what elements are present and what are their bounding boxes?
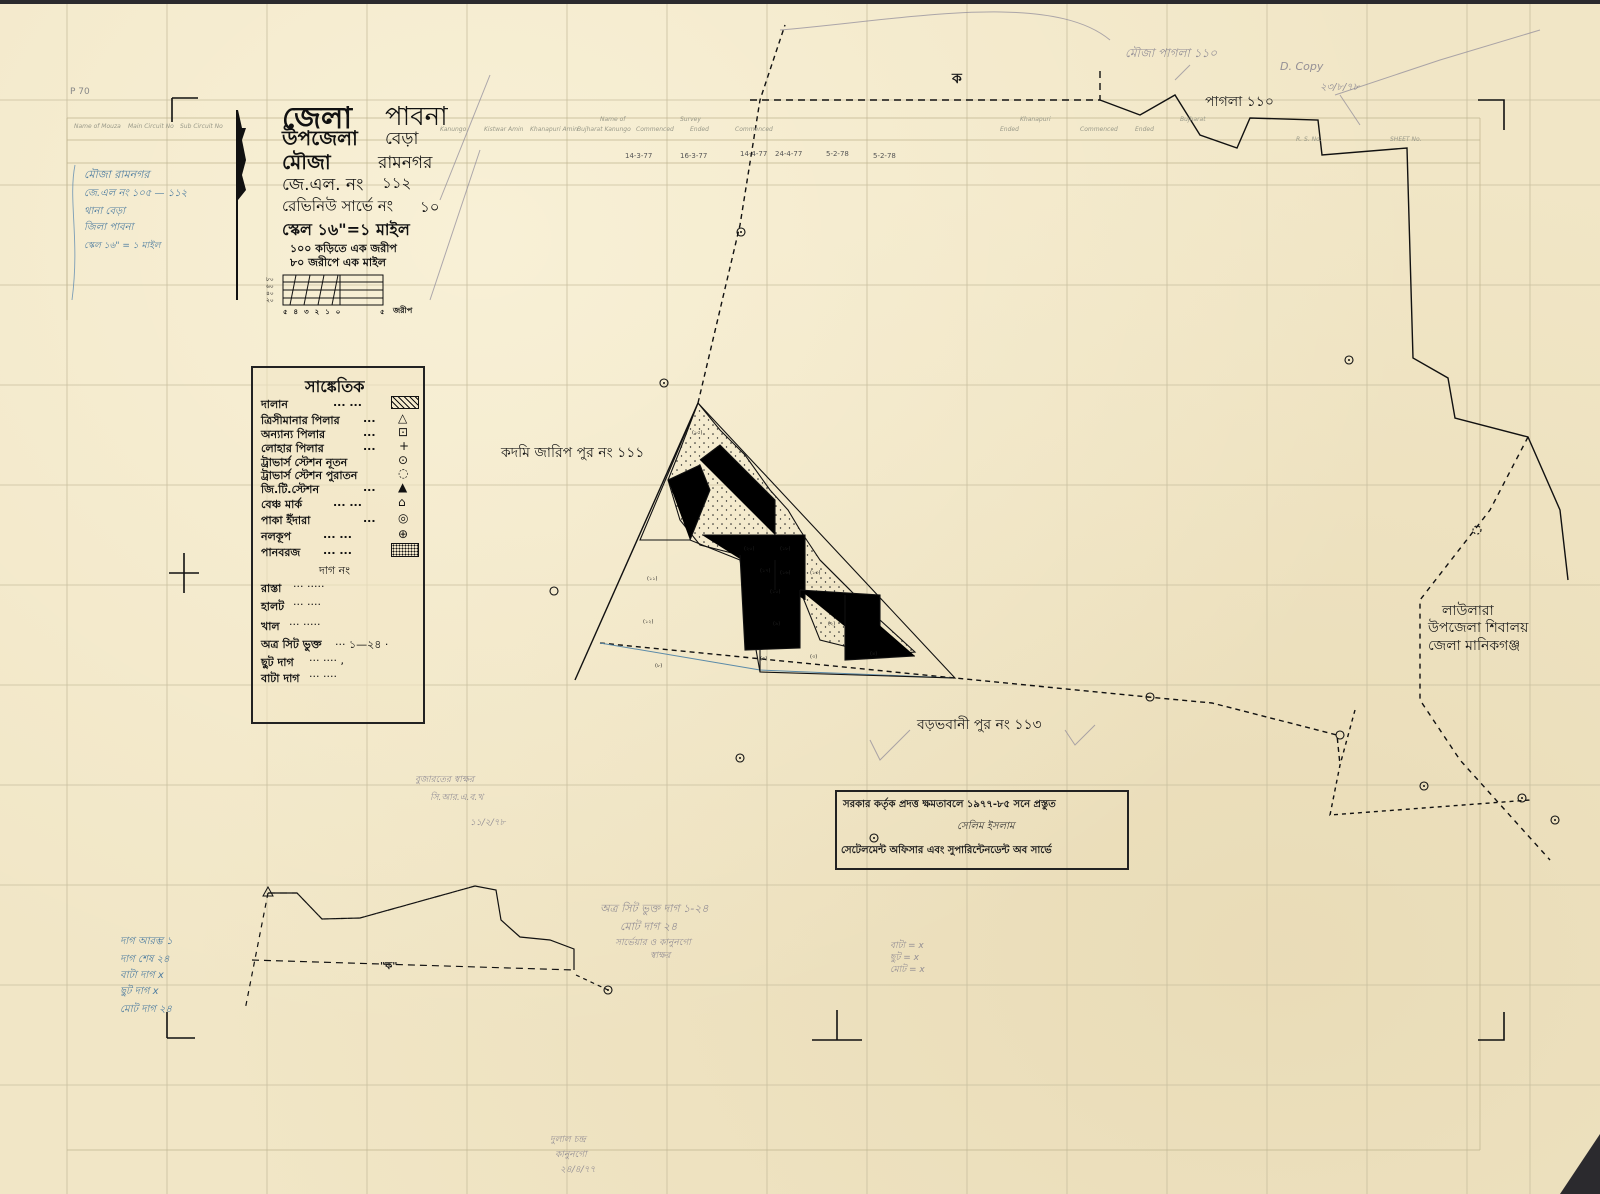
scale-y-label: ৪০ xyxy=(266,290,274,297)
svg-text:(২): (২) xyxy=(828,621,835,627)
certificate-line-1: সরকার কর্তৃক প্রদত্ত ক্ষমতাবলে ১৯৭৭-৮৫ স… xyxy=(843,800,1056,810)
neighbor-east-label-3: জেলা মানিকগঞ্জ xyxy=(1428,639,1520,653)
map-canvas: (১৫)(২০)(১৮) (১৭)(১৬)(১৩) (১০)(৯)(৫) (১১… xyxy=(0,0,1600,1194)
certificate-line-2: সেটেলমেন্ট অফিসার এবং সুপারিন্টেনডেন্ট অ… xyxy=(841,846,1052,856)
pencil-note: ১১/২/৭৮ xyxy=(470,815,505,830)
plot-item-label: রাস্তা xyxy=(261,580,281,599)
building-symbol-icon xyxy=(391,396,419,409)
legend-item-dots: ... ... xyxy=(333,396,362,409)
scale-y-label: ৮০ xyxy=(266,276,274,283)
header-group-survey: Survey xyxy=(680,116,701,123)
scale-tick: ৫ xyxy=(283,308,294,316)
svg-text:(৫): (৫) xyxy=(760,656,767,662)
scale-tick: ১ xyxy=(325,308,336,316)
map-sheet: (১৫)(২০)(১৮) (১৭)(১৬)(১৩) (১০)(৯)(৫) (১১… xyxy=(0,0,1600,1194)
traverse-station-old-icon: ◌ xyxy=(398,466,408,480)
date-bujharat-end: 5-2-78 xyxy=(873,152,896,160)
scale-tick: ৩ xyxy=(304,308,315,316)
scale-bar-unit: জরীপ xyxy=(393,305,412,318)
legend-item-label: পানবরজ xyxy=(261,544,300,563)
plot-item-dots: ··· ১—২৪ · xyxy=(335,636,388,655)
header-col-commenced-3: Commenced xyxy=(1080,126,1118,133)
legend-item-dots: ... ... xyxy=(333,496,362,509)
header-col-bujharat: Bujharat Kanungo xyxy=(577,126,631,133)
blue-note: জে.এল নং ১০৫ — ১১২ xyxy=(84,186,187,203)
pencil-note: D. Copy xyxy=(1280,60,1323,73)
gt-station-icon: ▲ xyxy=(398,480,407,494)
header-col-commenced-2: Commenced xyxy=(735,126,773,133)
svg-text:(১৬): (১৬) xyxy=(780,570,790,576)
header-group-name-of: Name of xyxy=(600,116,625,123)
scale-tick: ৪ xyxy=(294,308,305,316)
header-col-commenced-1: Commenced xyxy=(636,126,674,133)
other-pillar-icon: ⊡ xyxy=(398,425,408,439)
legend-item-dots: ... xyxy=(363,426,376,439)
plot-item-label: অত্র সিট ভুক্ত xyxy=(261,636,322,655)
header-group-bujharat: Bujharat xyxy=(1180,116,1206,123)
scale-y-label: ২০ xyxy=(266,297,274,304)
date-survey-start: 14-3-77 xyxy=(625,152,652,160)
sheet-ref: P 70 xyxy=(70,88,90,97)
blue-note: ছুট দাগ x xyxy=(120,984,159,1001)
chain-note-2: ৮০ জরীপে এক মাইল xyxy=(290,254,386,273)
plot-item-dots: ··· ····· xyxy=(289,618,320,631)
svg-text:(১৩): (১৩) xyxy=(810,570,820,576)
neighbor-south-label: বড়ভবানী পুর নং ১১৩ xyxy=(917,718,1042,732)
scale-y-label: ৬০ xyxy=(266,283,274,290)
inset-boundary xyxy=(245,886,608,1010)
header-col-khanapuri: Khanapuri Amin xyxy=(530,126,578,133)
jl-value: ১১২ xyxy=(382,172,411,197)
header-col-sheet-no: SHEET No. xyxy=(1390,136,1422,143)
legend-item-dots: ... xyxy=(363,412,376,425)
north-arrow-icon xyxy=(236,110,246,300)
blue-note: থানা বেড়া xyxy=(84,204,125,221)
svg-text:(১৭): (১৭) xyxy=(760,568,770,574)
header-col-mouza: Name of Mouza xyxy=(74,123,121,130)
pencil-note: বুজারতের স্বাক্ষর xyxy=(415,772,474,787)
plot-item-dots: ··· ···· xyxy=(293,598,321,611)
revenue-survey-value: ১০ xyxy=(420,196,440,221)
svg-text:(৯): (৯) xyxy=(773,621,780,627)
trijunction-pillar-icon: △ xyxy=(398,411,407,425)
legend-item-dots: ... xyxy=(363,440,376,453)
certificate-signature: সেলিম ইসলাম xyxy=(957,822,1014,832)
header-col-main-circuit: Main Circuit No xyxy=(128,123,174,130)
plot-item-dots: ··· ····· xyxy=(293,580,324,593)
svg-text:(১২): (১২) xyxy=(643,619,653,625)
betel-garden-symbol-icon xyxy=(391,543,419,557)
neighbor-east-label-1: লাউলারা xyxy=(1442,604,1494,618)
blue-note: বাটা দাগ x xyxy=(120,968,164,985)
blue-note: মৌজা রামনগর xyxy=(84,166,149,185)
traverse-station-new-icon: ⊙ xyxy=(398,453,408,467)
svg-text:(৮): (৮) xyxy=(655,663,662,669)
certificate-box: সরকার কর্তৃক প্রদত্ত ক্ষমতাবলে ১৯৭৭-৮৫ স… xyxy=(835,790,1129,870)
neighbor-west-label: কদমি জারিপ পুর নং ১১১ xyxy=(501,446,644,460)
boundary-mark-ka: ক xyxy=(952,72,962,86)
pencil-note: সি.আর.এ.ব.খ xyxy=(430,790,483,805)
legend-item-dots: ... ... xyxy=(323,528,352,541)
svg-text:(১৫): (১৫) xyxy=(692,430,702,436)
pencil-note: মোট = x xyxy=(890,962,925,977)
pencil-note: কানুনগো xyxy=(555,1147,587,1162)
pencil-note: দুলাল চন্দ্র xyxy=(550,1132,586,1147)
pencil-note: স্বাক্ষর xyxy=(650,948,670,963)
plot-number-header: দাগ নং xyxy=(319,562,350,581)
top-edge xyxy=(0,0,1600,4)
date-survey-end: 16-3-77 xyxy=(680,152,707,160)
header-col-ended-1: Ended xyxy=(690,126,709,133)
legend-item-dots: ... xyxy=(363,481,376,494)
header-col-ended-2: Ended xyxy=(1000,126,1019,133)
traverse-stations xyxy=(550,228,1559,994)
pencil-note: অত্র সিট ভুক্ত দাগ ১-২৪ xyxy=(600,900,708,919)
pencil-note: মৌজা পাগলা ১১০ xyxy=(1125,45,1217,65)
svg-text:(১৮): (১৮) xyxy=(780,546,790,552)
legend-box: সাঙ্কেতিক দালান ... ... ত্রিসীমানার পিলা… xyxy=(251,366,425,724)
pencil-note: ২৩/৮/৭৮ xyxy=(1320,80,1359,97)
blue-note: দাগ শেষ ২৪ xyxy=(120,952,170,969)
plot-item-label: হালট xyxy=(261,598,284,617)
blue-note: মোট দাগ ২৪ xyxy=(120,1002,172,1019)
tubewell-icon: ⊕ xyxy=(398,527,408,541)
legend-item-dots: ... ... xyxy=(323,544,352,557)
legend-item-dots: ... xyxy=(363,512,376,525)
svg-text:(১০): (১০) xyxy=(770,589,780,595)
date-khanapuri-start: 14-4-77 xyxy=(740,150,767,158)
header-col-kistwar: Kistwar Amin xyxy=(484,126,523,133)
neighbor-north-label: পাগলা ১১০ xyxy=(1205,95,1274,109)
scale-bar xyxy=(283,275,383,305)
svg-text:(৩): (৩) xyxy=(810,654,817,660)
scale-bar-end: ৫ xyxy=(380,306,385,318)
inset-mark-ka: "ক" xyxy=(380,962,397,972)
svg-text:(২০): (২০) xyxy=(744,546,754,552)
masonry-well-icon: ◎ xyxy=(398,511,408,525)
blue-note: স্কেল ১৬" = ১ মাইল xyxy=(84,238,161,253)
header-col-rs-no: R. S. No. xyxy=(1296,136,1322,143)
neighbor-east-label-2: উপজেলা শিবালয় xyxy=(1428,621,1528,635)
scale-bar-y-labels: ৮০ ৬০ ৪০ ২০ xyxy=(266,276,274,304)
plot-parcels xyxy=(640,403,955,678)
blue-note: দাগ আরম্ভ ১ xyxy=(120,934,173,951)
date-khanapuri-end: 24-4-77 xyxy=(775,150,802,158)
scale-tick: ২ xyxy=(315,308,326,316)
header-col-ended-3: Ended xyxy=(1135,126,1154,133)
header-col-sub-circuit: Sub Circuit No xyxy=(180,123,223,130)
svg-text:(৪): (৪) xyxy=(870,651,877,657)
scale-bar-ticks: ৫৪৩২১০ xyxy=(283,306,346,318)
plot-item-dots: ··· ···· xyxy=(309,670,337,683)
pencil-marks xyxy=(430,12,1540,760)
date-bujharat-start: 5-2-78 xyxy=(826,150,849,158)
plot-item-label: বাটা দাগ xyxy=(261,670,300,689)
scale-tick: ০ xyxy=(336,308,347,316)
header-group-khanapuri: Khanapuri xyxy=(1020,116,1051,123)
blue-note: জিলা পাবনা xyxy=(84,220,133,237)
iron-pillar-icon: + xyxy=(399,439,409,453)
svg-text:(১১): (১১) xyxy=(647,576,657,582)
plot-item-label: খাল xyxy=(261,618,280,637)
pencil-note: ২৪/৪/৭৭ xyxy=(560,1162,595,1177)
bench-mark-icon: ⌂ xyxy=(398,495,406,509)
plot-item-dots: ··· ···· , xyxy=(309,654,344,667)
